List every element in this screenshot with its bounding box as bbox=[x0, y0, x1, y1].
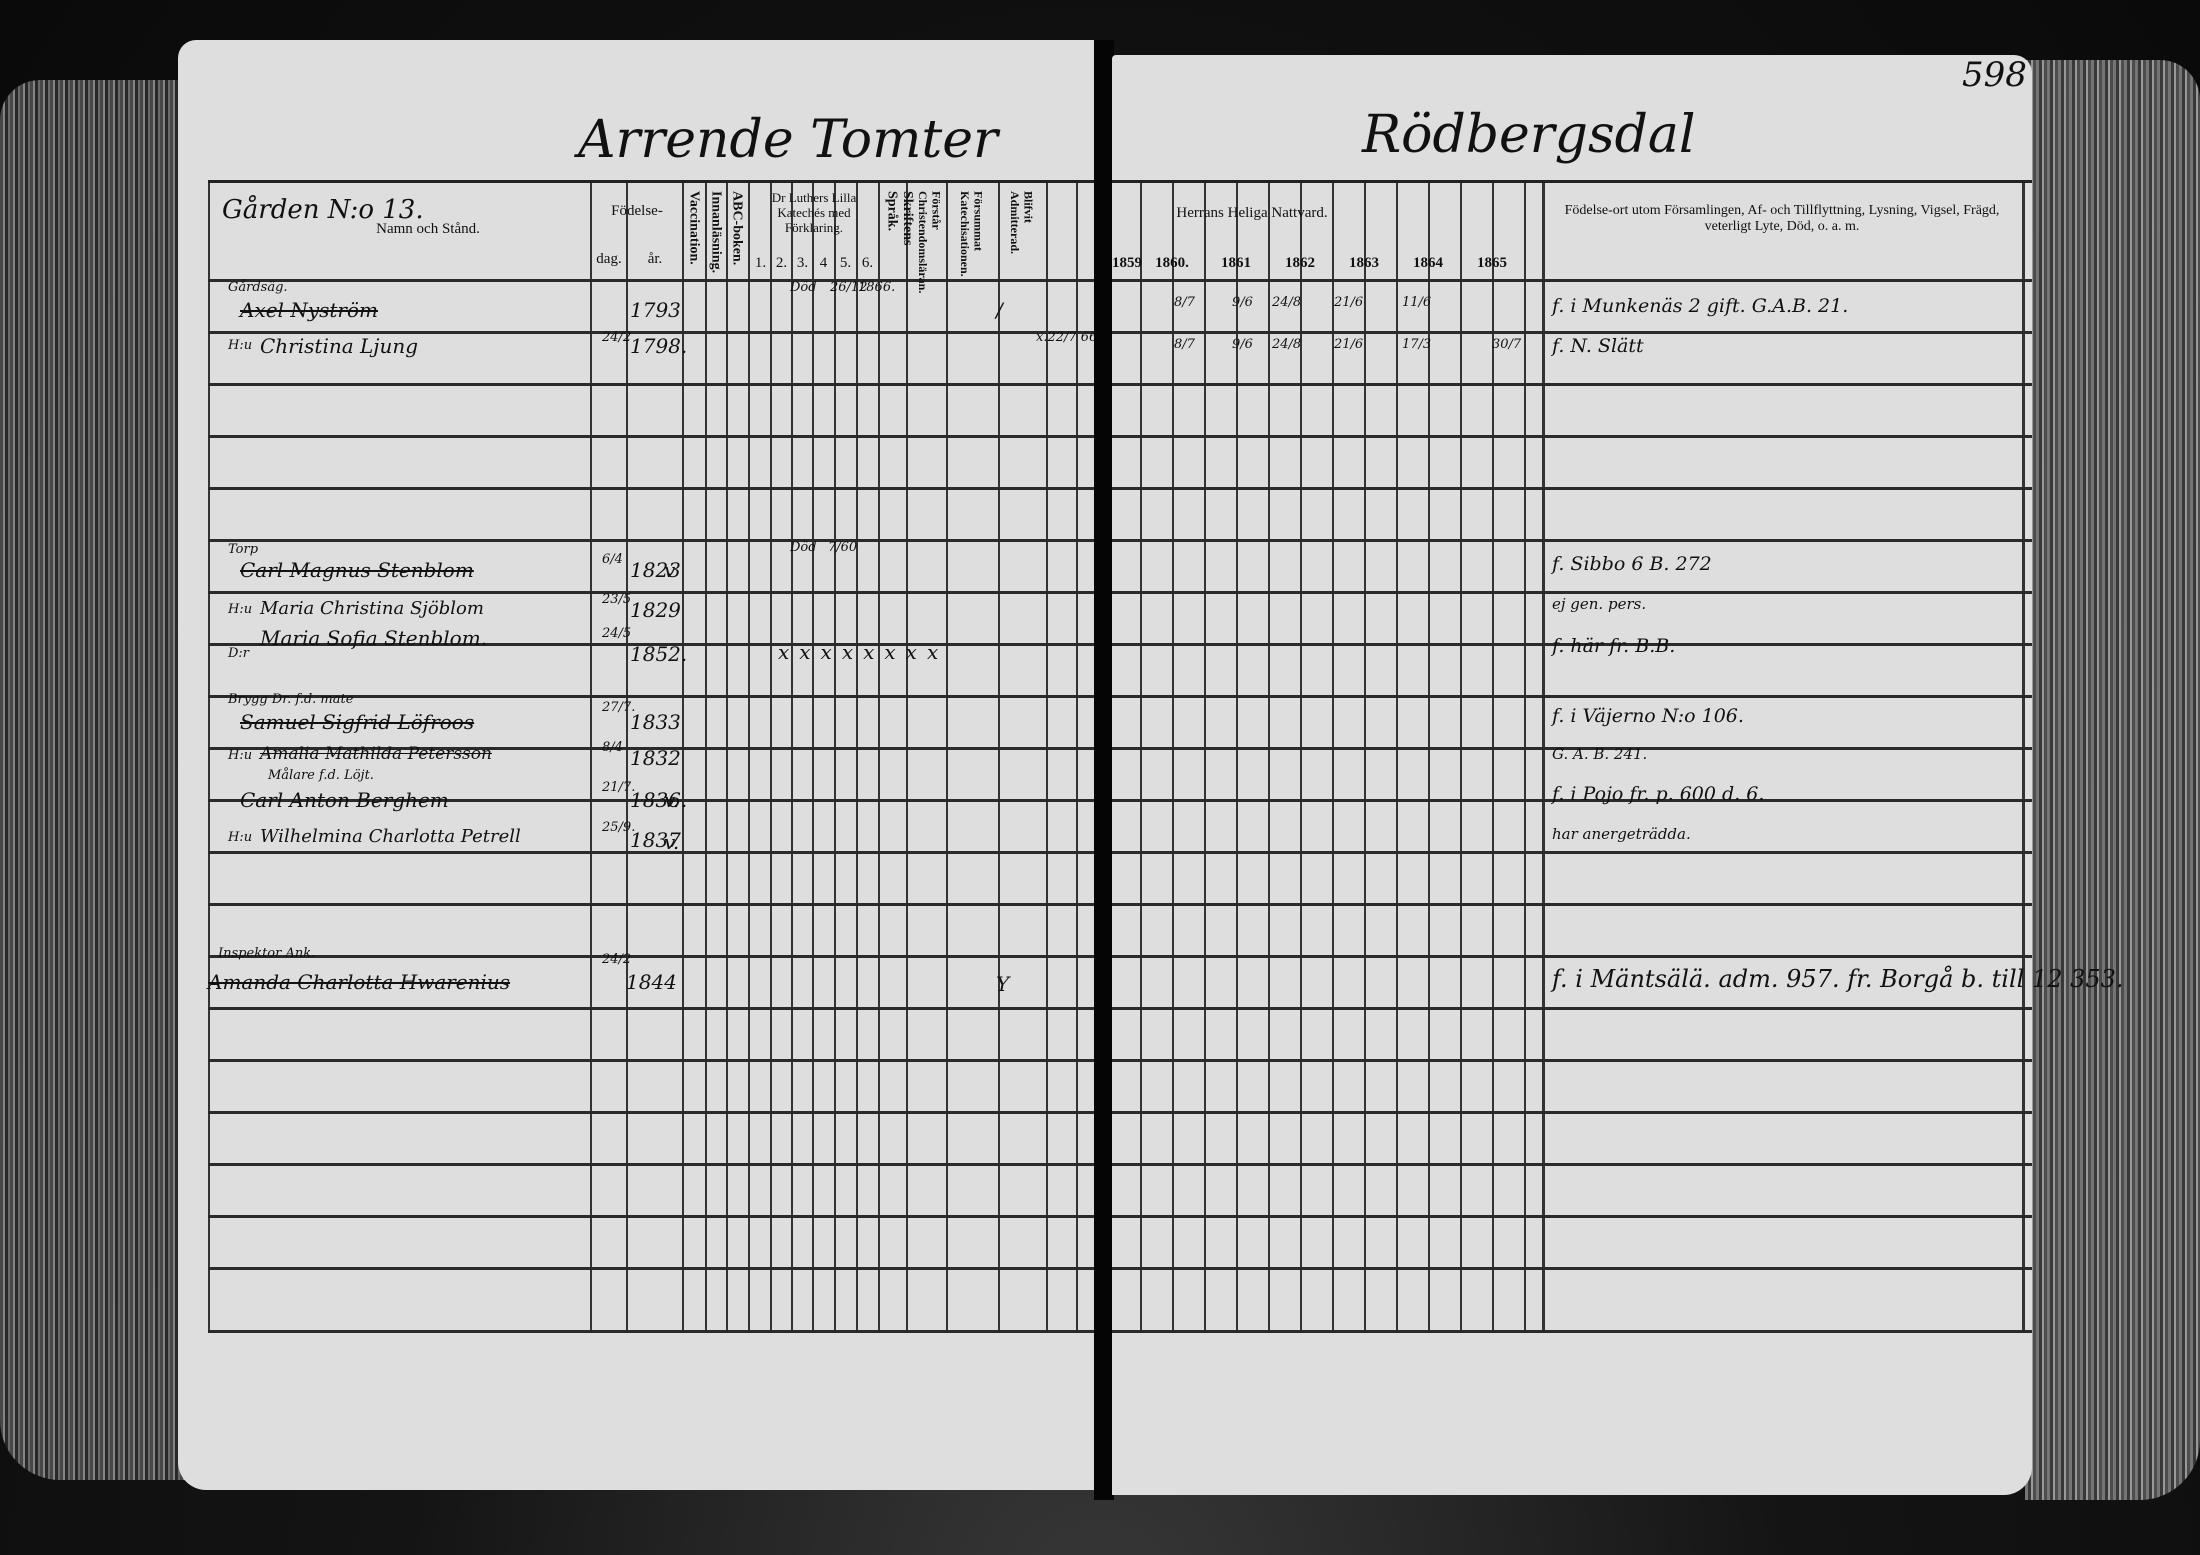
header-birth-day: dag. bbox=[592, 251, 626, 268]
header-forsummat: Försummat Katechisationen. bbox=[958, 191, 984, 276]
communion-date: 17/3 bbox=[1402, 337, 1431, 352]
header-year: 1864 bbox=[1396, 255, 1460, 272]
header-cat-6: 6. bbox=[857, 255, 878, 272]
forsummat-note: x.22/7 66. bbox=[1036, 330, 1101, 345]
header-year: 1859 bbox=[1112, 255, 1140, 272]
remark: f. N. Slätt bbox=[1552, 335, 1644, 357]
communion-date: 30/7 bbox=[1492, 337, 1521, 352]
right-page: Rödbergsdal 598 bbox=[1112, 55, 2032, 1495]
header-skriftens: Skriftens Språk. bbox=[884, 191, 915, 276]
communion-date: 8/7 bbox=[1174, 337, 1195, 352]
person-name: Amalia Mathilda Petersson bbox=[260, 744, 492, 764]
header-vaccination: Vaccination. bbox=[686, 191, 701, 276]
header-year: 1860. bbox=[1140, 255, 1204, 272]
header-year: 1862 bbox=[1268, 255, 1332, 272]
header-year: 1865 bbox=[1460, 255, 1524, 272]
communion-date: 8/7 bbox=[1174, 295, 1195, 310]
person-name: Samuel Sigfrid Löfroos bbox=[240, 710, 474, 734]
left-page: Arrende Tomter bbox=[178, 40, 1098, 1490]
book-page-edges-left bbox=[0, 80, 190, 1480]
birth-year: 1833 bbox=[630, 710, 681, 734]
remark: f. i Pojo fr. p. 600 d. 6. bbox=[1552, 783, 1764, 805]
catechism-note: 1866. bbox=[858, 280, 895, 295]
header-cat-1: 1. bbox=[750, 255, 771, 272]
header-abc: ABC-boken. bbox=[729, 191, 744, 276]
birth-year: 1829 bbox=[630, 598, 681, 622]
communion-date: 24/8 bbox=[1272, 295, 1301, 310]
header-year: 1861 bbox=[1204, 255, 1268, 272]
birth-day: 6/4 bbox=[602, 552, 623, 567]
page-number: 598 bbox=[1962, 55, 2027, 95]
header-cat-4: 4 bbox=[813, 255, 834, 272]
birth-year: 1832 bbox=[630, 746, 681, 770]
header-remarks: Födelse-ort utom Församlingen, Af- och T… bbox=[1552, 203, 2012, 235]
book-spine bbox=[1094, 40, 1114, 1500]
catechism-note: 7/60 bbox=[828, 540, 857, 555]
remark: f. i Mäntsälä. adm. 957. fr. Borgå b. ti… bbox=[1552, 965, 2124, 993]
header-forstar: Förstår Christendomsläran. bbox=[916, 191, 942, 276]
remark: ej gen. pers. bbox=[1552, 595, 1646, 613]
person-name: Amanda Charlotta Hwarenius bbox=[208, 970, 510, 994]
header-nattvard: Herrans Heliga Nattvard. bbox=[1152, 205, 1352, 222]
communion-date: 9/6 bbox=[1232, 295, 1253, 310]
remark: f. Sibbo 6 B. 272 bbox=[1552, 553, 1712, 575]
header-year: 1863 bbox=[1332, 255, 1396, 272]
row-title: Torp bbox=[228, 542, 258, 557]
person-name: Christina Ljung bbox=[260, 334, 418, 358]
header-name: Namn och Stånd. bbox=[328, 221, 528, 238]
remark: f. här fr. B.B. bbox=[1552, 635, 1675, 657]
skriftens-mark: / bbox=[996, 298, 1003, 322]
remark: f. i Munkenäs 2 gift. G.A.B. 21. bbox=[1552, 295, 1848, 317]
header-admitterad: Blifvit Admitterad. bbox=[1008, 191, 1034, 276]
birth-day: 24/5 bbox=[602, 626, 631, 641]
vaccination-mark: v. bbox=[664, 830, 679, 854]
row-title: Inspektor Ank. bbox=[218, 946, 315, 961]
header-cat-2: 2. bbox=[771, 255, 792, 272]
header-cat-5: 5. bbox=[835, 255, 856, 272]
book-page-edges-right bbox=[2025, 60, 2200, 1500]
communion-date: 11/6 bbox=[1402, 295, 1431, 310]
remark: har anergeträdda. bbox=[1552, 825, 1691, 843]
vaccination-mark: v bbox=[664, 558, 675, 582]
header-birth-year: år. bbox=[628, 251, 682, 268]
communion-date: 24/8 bbox=[1272, 337, 1301, 352]
row-title: H:u bbox=[228, 748, 252, 763]
birth-year: 1844 bbox=[626, 970, 677, 994]
header-birth: Födelse- bbox=[592, 203, 682, 220]
birth-day: 24/2 bbox=[602, 952, 631, 967]
row-title: D:r bbox=[228, 646, 249, 661]
birth-year: 1793 bbox=[630, 298, 681, 322]
person-name: Carl Anton Berghem bbox=[240, 788, 449, 812]
birth-day: 24/2 bbox=[602, 330, 631, 345]
right-page-title: Rödbergsdal bbox=[1362, 105, 1696, 165]
row-title: Brygg Dr. f.d. mate bbox=[228, 692, 353, 707]
person-name: Maria Christina Sjöblom bbox=[260, 598, 484, 619]
communion-date: 21/6 bbox=[1334, 295, 1363, 310]
catechism-marks: xxxxxxxx bbox=[778, 640, 948, 664]
person-name: Maria Sofia Stenblom. bbox=[260, 626, 487, 650]
header-catechism: Dr Luthers Lilla Katechés med Förklaring… bbox=[750, 191, 878, 236]
vaccination-mark: v. bbox=[664, 788, 679, 812]
communion-date: 9/6 bbox=[1232, 337, 1253, 352]
catechism-note: Död bbox=[790, 280, 817, 295]
row-title: H:u bbox=[228, 602, 252, 617]
row-title: Målare f.d. Löjt. bbox=[268, 768, 374, 783]
person-name: Wilhelmina Charlotta Petrell bbox=[260, 826, 521, 847]
birth-day: 8/4 bbox=[602, 740, 623, 755]
row-title: Gårdsäg. bbox=[228, 280, 288, 295]
remark: G. A. B. 241. bbox=[1552, 745, 1647, 763]
birth-day: 23/5 bbox=[602, 592, 631, 607]
birth-year: 1798. bbox=[630, 334, 687, 358]
person-name: Axel Nyström bbox=[240, 298, 378, 322]
header-innanlasning: Innanläsning. bbox=[708, 191, 723, 276]
header-cat-3: 3. bbox=[792, 255, 813, 272]
left-page-title: Arrende Tomter bbox=[578, 110, 998, 170]
row-title: H:u bbox=[228, 338, 252, 353]
row-title: H:u bbox=[228, 830, 252, 845]
person-name: Carl Magnus Stenblom bbox=[240, 558, 474, 582]
skriftens-mark: Y bbox=[996, 972, 1009, 996]
remark: f. i Väjerno N:o 106. bbox=[1552, 705, 1744, 727]
catechism-note: Död bbox=[790, 540, 817, 555]
communion-date: 21/6 bbox=[1334, 337, 1363, 352]
birth-year: 1852. bbox=[630, 642, 687, 666]
